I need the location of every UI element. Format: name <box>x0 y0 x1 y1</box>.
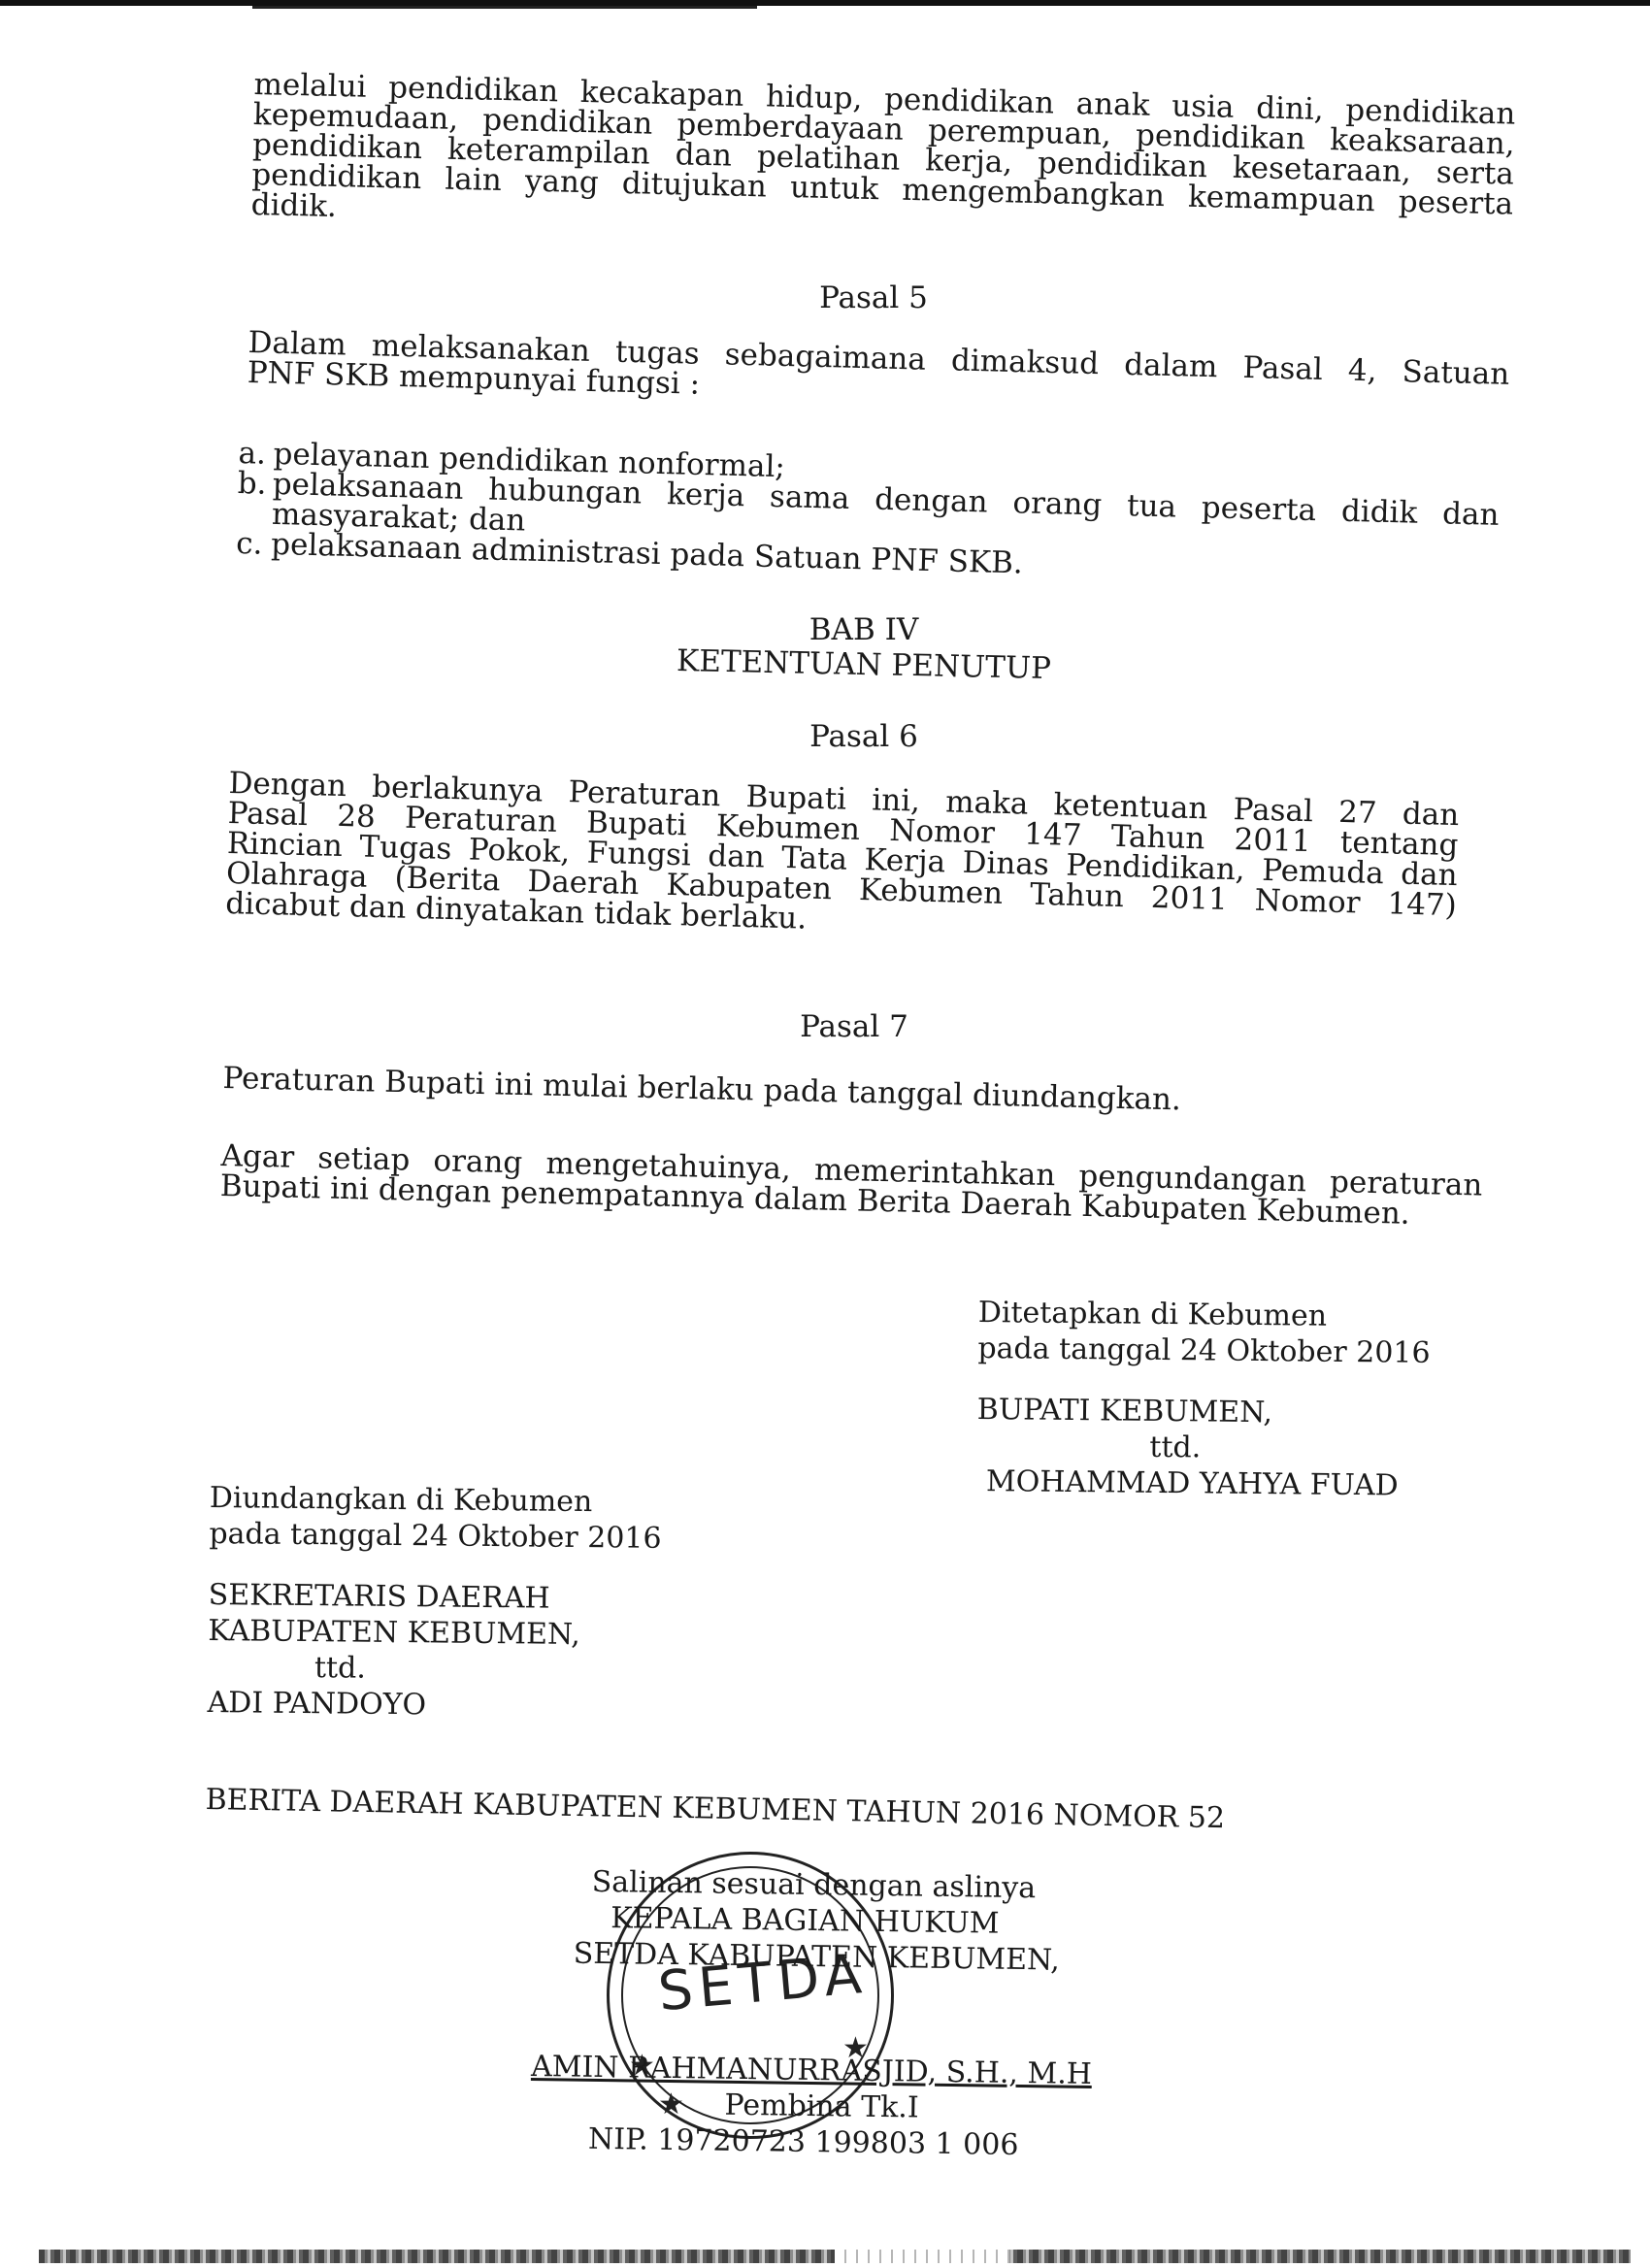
secretary-signed: ttd. <box>208 1649 751 1691</box>
enactment-name: MOHAMMAD YAHYA FUAD <box>976 1463 1520 1505</box>
enactment-title: BUPATI KEBUMEN, <box>977 1392 1521 1433</box>
scan-top-edge <box>0 0 1650 6</box>
secretary-title-1: SEKRETARIS DAERAH <box>209 1577 752 1619</box>
list-marker: a. <box>238 439 274 470</box>
list-marker: b. <box>237 469 274 530</box>
pasal-5-heading: Pasal 5 <box>728 283 1019 313</box>
intro-paragraph: melalui pendidikan kecakapan hidup, pend… <box>250 70 1515 250</box>
certifier-nip: NIP. 19720723 199803 1 006 <box>530 2120 1151 2165</box>
chapter-title: KETENTUAN PENUTUP <box>621 645 1107 685</box>
pasal-7-body: Peraturan Bupati ini mulai berlaku pada … <box>222 1064 1290 1118</box>
list-marker: c. <box>236 529 272 560</box>
gazette-reference: BERITA DAERAH KABUPATEN KEBUMEN TAHUN 20… <box>205 1782 1331 1838</box>
enactment-date: pada tanggal 24 Oktober 2016 <box>977 1331 1521 1372</box>
pasal-6-body: Dengan berlakunya Peraturan Bupati ini, … <box>225 769 1460 951</box>
enactment-block: Ditetapkan di Kebumen pada tanggal 24 Ok… <box>976 1295 1522 1505</box>
promulgation-date: pada tanggal 24 Oktober 2016 <box>209 1516 752 1558</box>
promulgation-order: Agar setiap orang mengetahuinya, memerin… <box>220 1141 1483 1232</box>
certification-block: Salinan sesuai dengan aslinya KEPALA BAG… <box>530 1863 1155 2165</box>
secretary-name: ADI PANDOYO <box>207 1685 750 1726</box>
enactment-place: Ditetapkan di Kebumen <box>978 1295 1522 1336</box>
scan-bottom-edge <box>39 2250 1631 2263</box>
pasal-5-list: a. pelayanan pendidikan nonformal; b. pe… <box>236 439 1501 591</box>
pasal-5-intro: Dalam melaksanakan tugas sebagaimana dim… <box>247 328 1509 420</box>
secretary-title-2: KABUPATEN KEBUMEN, <box>208 1613 751 1655</box>
pasal-7-heading: Pasal 7 <box>709 1012 1000 1042</box>
chapter-number: BAB IV <box>670 615 1058 645</box>
promulgation-block: Diundangkan di Kebumen pada tanggal 24 O… <box>207 1480 753 1726</box>
pasal-6-heading: Pasal 6 <box>718 722 1009 752</box>
promulgation-place: Diundangkan di Kebumen <box>210 1480 753 1522</box>
enactment-signed: ttd. <box>976 1428 1520 1469</box>
